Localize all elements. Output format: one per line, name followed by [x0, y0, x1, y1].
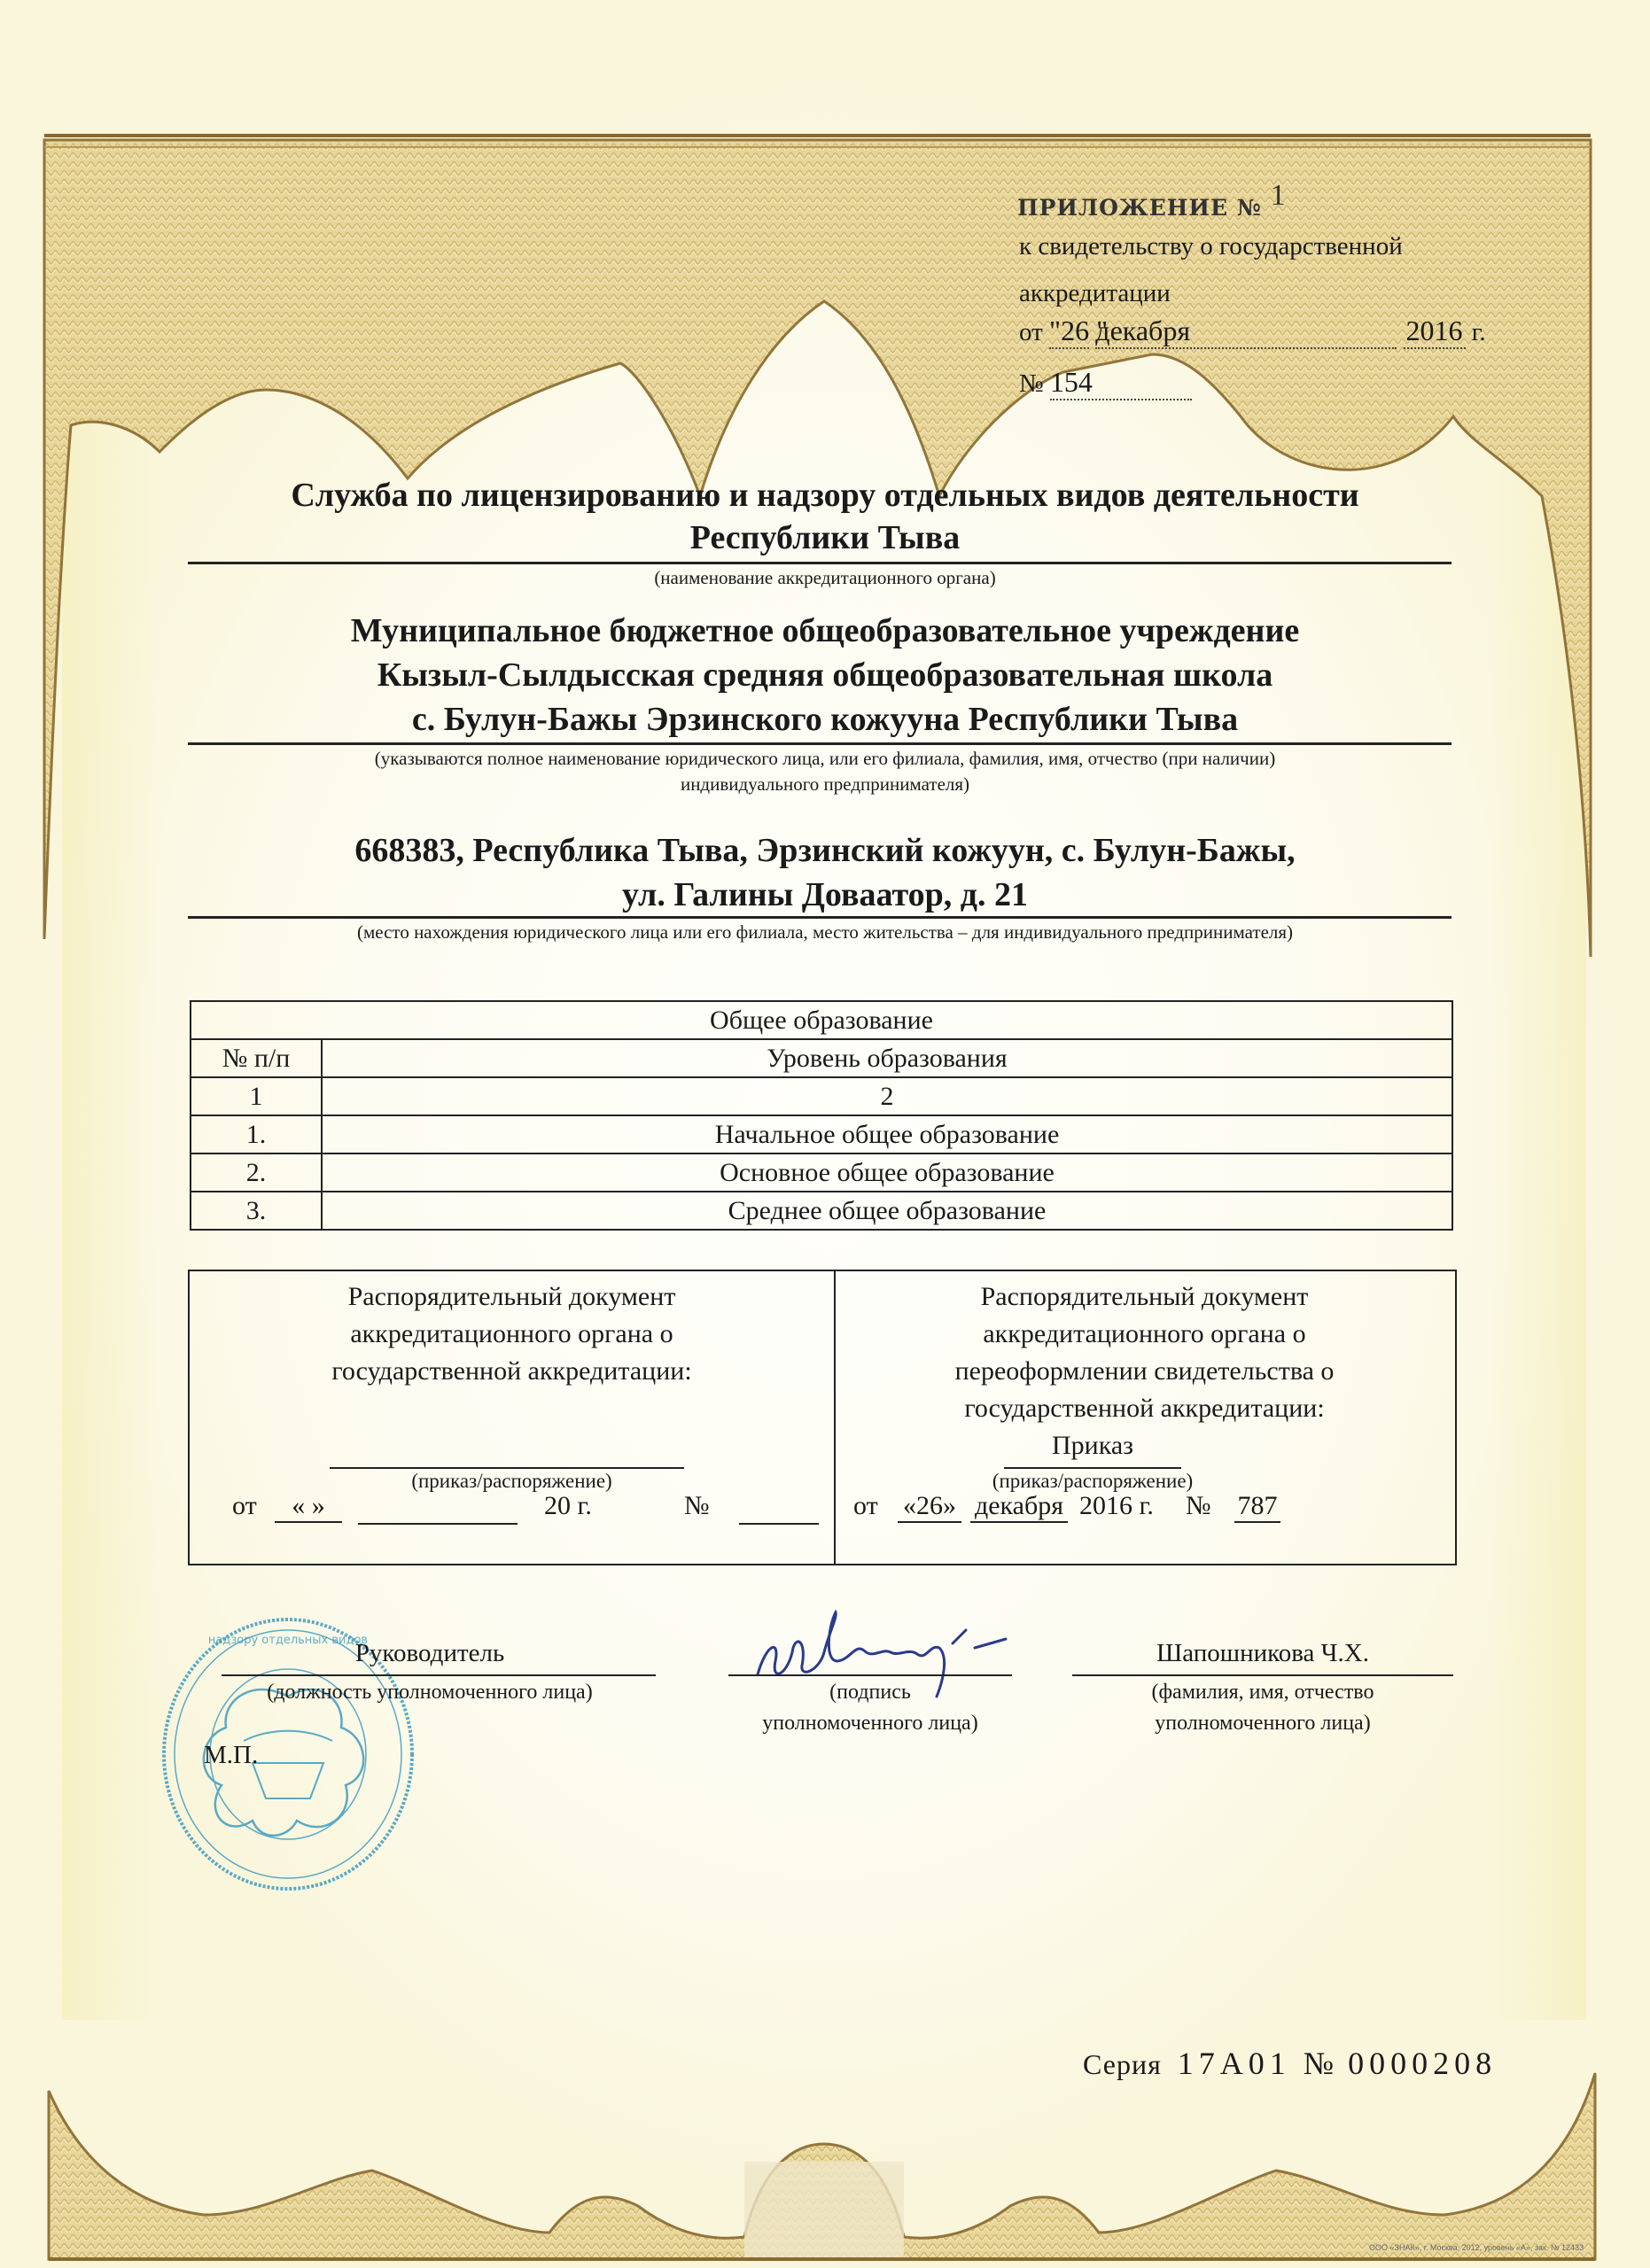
authority-caption: (наименование аккредитационного органа) — [0, 567, 1650, 589]
number-prefix: № — [1019, 369, 1044, 398]
order-initial-type-caption: (приказ/распоряжение) — [190, 1470, 834, 1493]
order-reissue-line: государственной аккредитации: — [836, 1390, 1453, 1427]
order-initial-year: 20 г. — [544, 1491, 592, 1521]
position-caption: (должность уполномоченного лица) — [222, 1677, 638, 1708]
order-initial-number — [739, 1491, 819, 1525]
name-line — [1072, 1674, 1453, 1676]
row-number: 2. — [191, 1153, 322, 1192]
appendix-line-1: к свидетельству о государственной — [1019, 232, 1403, 261]
column-number-2: 2 — [322, 1077, 1452, 1115]
order-initial-month — [358, 1491, 518, 1525]
order-reissue-month: декабря — [970, 1491, 1068, 1523]
address-line-2: ул. Галины Доваатор, д. 21 — [0, 875, 1650, 914]
organization-rule — [188, 742, 1452, 745]
table-row: 2. Основное общее образование — [191, 1153, 1452, 1192]
appendix-title: ПРИЛОЖЕНИЕ № 1 — [1017, 190, 1287, 223]
order-initial-number-prefix: № — [684, 1491, 710, 1521]
signer-position: Руководитель — [222, 1639, 638, 1668]
authority-rule — [188, 562, 1452, 564]
table-column-number-row: 1 2 — [191, 1077, 1452, 1115]
order-initial-text: Распорядительный документ аккредитационн… — [190, 1278, 834, 1390]
order-reissue-type-line — [1004, 1467, 1181, 1469]
row-level: Среднее общее образование — [322, 1192, 1452, 1230]
order-initial-line: аккредитационного органа о — [190, 1316, 834, 1353]
appendix-number: 1 — [1271, 179, 1287, 212]
header-level: Уровень образования — [322, 1039, 1452, 1077]
date-prefix: от — [1019, 318, 1043, 346]
printer-imprint: ООО «ЗНАК», г. Москва, 2012, уровень «А»… — [1369, 2243, 1584, 2252]
row-level: Начальное общее образование — [322, 1115, 1452, 1153]
order-initial-day: « » — [275, 1491, 342, 1523]
order-reissue-date-prefix: от — [853, 1491, 878, 1520]
order-reissue-cell: Распорядительный документ аккредитационн… — [836, 1271, 1453, 1564]
order-initial-date-prefix: от — [232, 1491, 257, 1520]
table-header-row: № п/п Уровень образования — [191, 1039, 1452, 1077]
serial-number-prefix: № — [1304, 2046, 1339, 2081]
organization-caption-2: индивидуального предпринимателя) — [0, 773, 1650, 796]
row-number: 1. — [191, 1115, 322, 1153]
table-row: 3. Среднее общее образование — [191, 1192, 1452, 1230]
order-reissue-date: от «26» декабря 2016 г. № 787 — [853, 1491, 878, 1521]
serial-series: 17A01 — [1178, 2046, 1291, 2081]
order-reissue-line: переоформлении свидетельства о — [836, 1353, 1453, 1390]
order-reissue-number-prefix: № — [1186, 1491, 1211, 1521]
signature-caption-2: уполномоченного лица) — [728, 1708, 1012, 1739]
order-initial-line: Распорядительный документ — [190, 1278, 834, 1316]
order-reissue-number: 787 — [1234, 1491, 1280, 1523]
name-caption-2: уполномоченного лица) — [1072, 1708, 1453, 1739]
signature-caption-1: (подпись — [728, 1677, 1012, 1708]
education-levels-table: Общее образование № п/п Уровень образова… — [190, 1000, 1453, 1231]
appendix-line-2: аккредитации — [1019, 279, 1171, 308]
address-line-1: 668383, Республика Тыва, Эрзинский кожуу… — [0, 831, 1650, 870]
order-reissue-line: Распорядительный документ — [836, 1278, 1453, 1316]
appendix-number-line: № 154 — [1019, 366, 1192, 400]
organization-caption-1: (указываются полное наименование юридиче… — [0, 748, 1650, 770]
seal-label: М.П. — [204, 1741, 258, 1770]
address-caption: (место нахождения юридического лица или … — [0, 921, 1650, 944]
serial-label: Серия — [1083, 2048, 1162, 2080]
date-day: "26 " — [1049, 315, 1089, 349]
row-level: Основное общее образование — [322, 1153, 1452, 1192]
order-reissue-type: Приказ — [1004, 1431, 1181, 1461]
appendix-date: от "26 " декабря 2016 г. — [1019, 315, 1486, 349]
date-month-field: декабря — [1095, 315, 1397, 349]
serial-number: Серия 17A01 № 0000208 — [1083, 2045, 1497, 2082]
name-caption-1: (фамилия, имя, отчество — [1072, 1677, 1453, 1708]
signature-line — [728, 1674, 1012, 1676]
position-line — [222, 1674, 656, 1676]
order-reissue-day: «26» — [898, 1491, 961, 1523]
address-rule — [188, 916, 1452, 919]
authority-line-2: Республики Тыва — [0, 518, 1650, 557]
date-year: 2016 — [1404, 315, 1466, 349]
organization-line-2: Кызыл-Сылдысская средняя общеобразовател… — [0, 656, 1650, 695]
order-reissue-type-caption: (приказ/распоряжение) — [836, 1470, 1350, 1493]
organization-line-1: Муниципальное бюджетное общеобразователь… — [0, 611, 1650, 650]
order-reissue-year: 2016 г. — [1079, 1491, 1154, 1521]
order-initial-line: государственной аккредитации: — [190, 1353, 834, 1390]
order-reissue-text: Распорядительный документ аккредитационн… — [836, 1278, 1453, 1427]
date-month: декабря — [1095, 315, 1190, 346]
orders-box: Распорядительный документ аккредитационн… — [188, 1270, 1457, 1565]
certificate-number: 154 — [1050, 366, 1192, 400]
table-title-row: Общее образование — [191, 1001, 1452, 1039]
table-row: 1. Начальное общее образование — [191, 1115, 1452, 1153]
order-initial-cell: Распорядительный документ аккредитационн… — [190, 1271, 836, 1564]
row-number: 3. — [191, 1192, 322, 1230]
signer-name: Шапошникова Ч.Х. — [1072, 1639, 1453, 1668]
appendix-title-text: ПРИЛОЖЕНИЕ № — [1017, 195, 1262, 221]
table-title: Общее образование — [191, 1001, 1452, 1039]
organization-line-3: с. Булун-Бажы Эрзинского кожууна Республ… — [0, 700, 1650, 739]
order-reissue-line: аккредитационного органа о — [836, 1316, 1453, 1353]
serial-number-value: 0000208 — [1348, 2046, 1497, 2081]
order-initial-date: от « » 20 г. № — [232, 1491, 257, 1521]
authority-line-1: Служба по лицензированию и надзору отдел… — [0, 476, 1650, 515]
header-number: № п/п — [191, 1039, 322, 1077]
date-suffix: г. — [1472, 318, 1486, 346]
order-initial-type-line — [330, 1467, 684, 1469]
column-number-1: 1 — [191, 1077, 322, 1115]
